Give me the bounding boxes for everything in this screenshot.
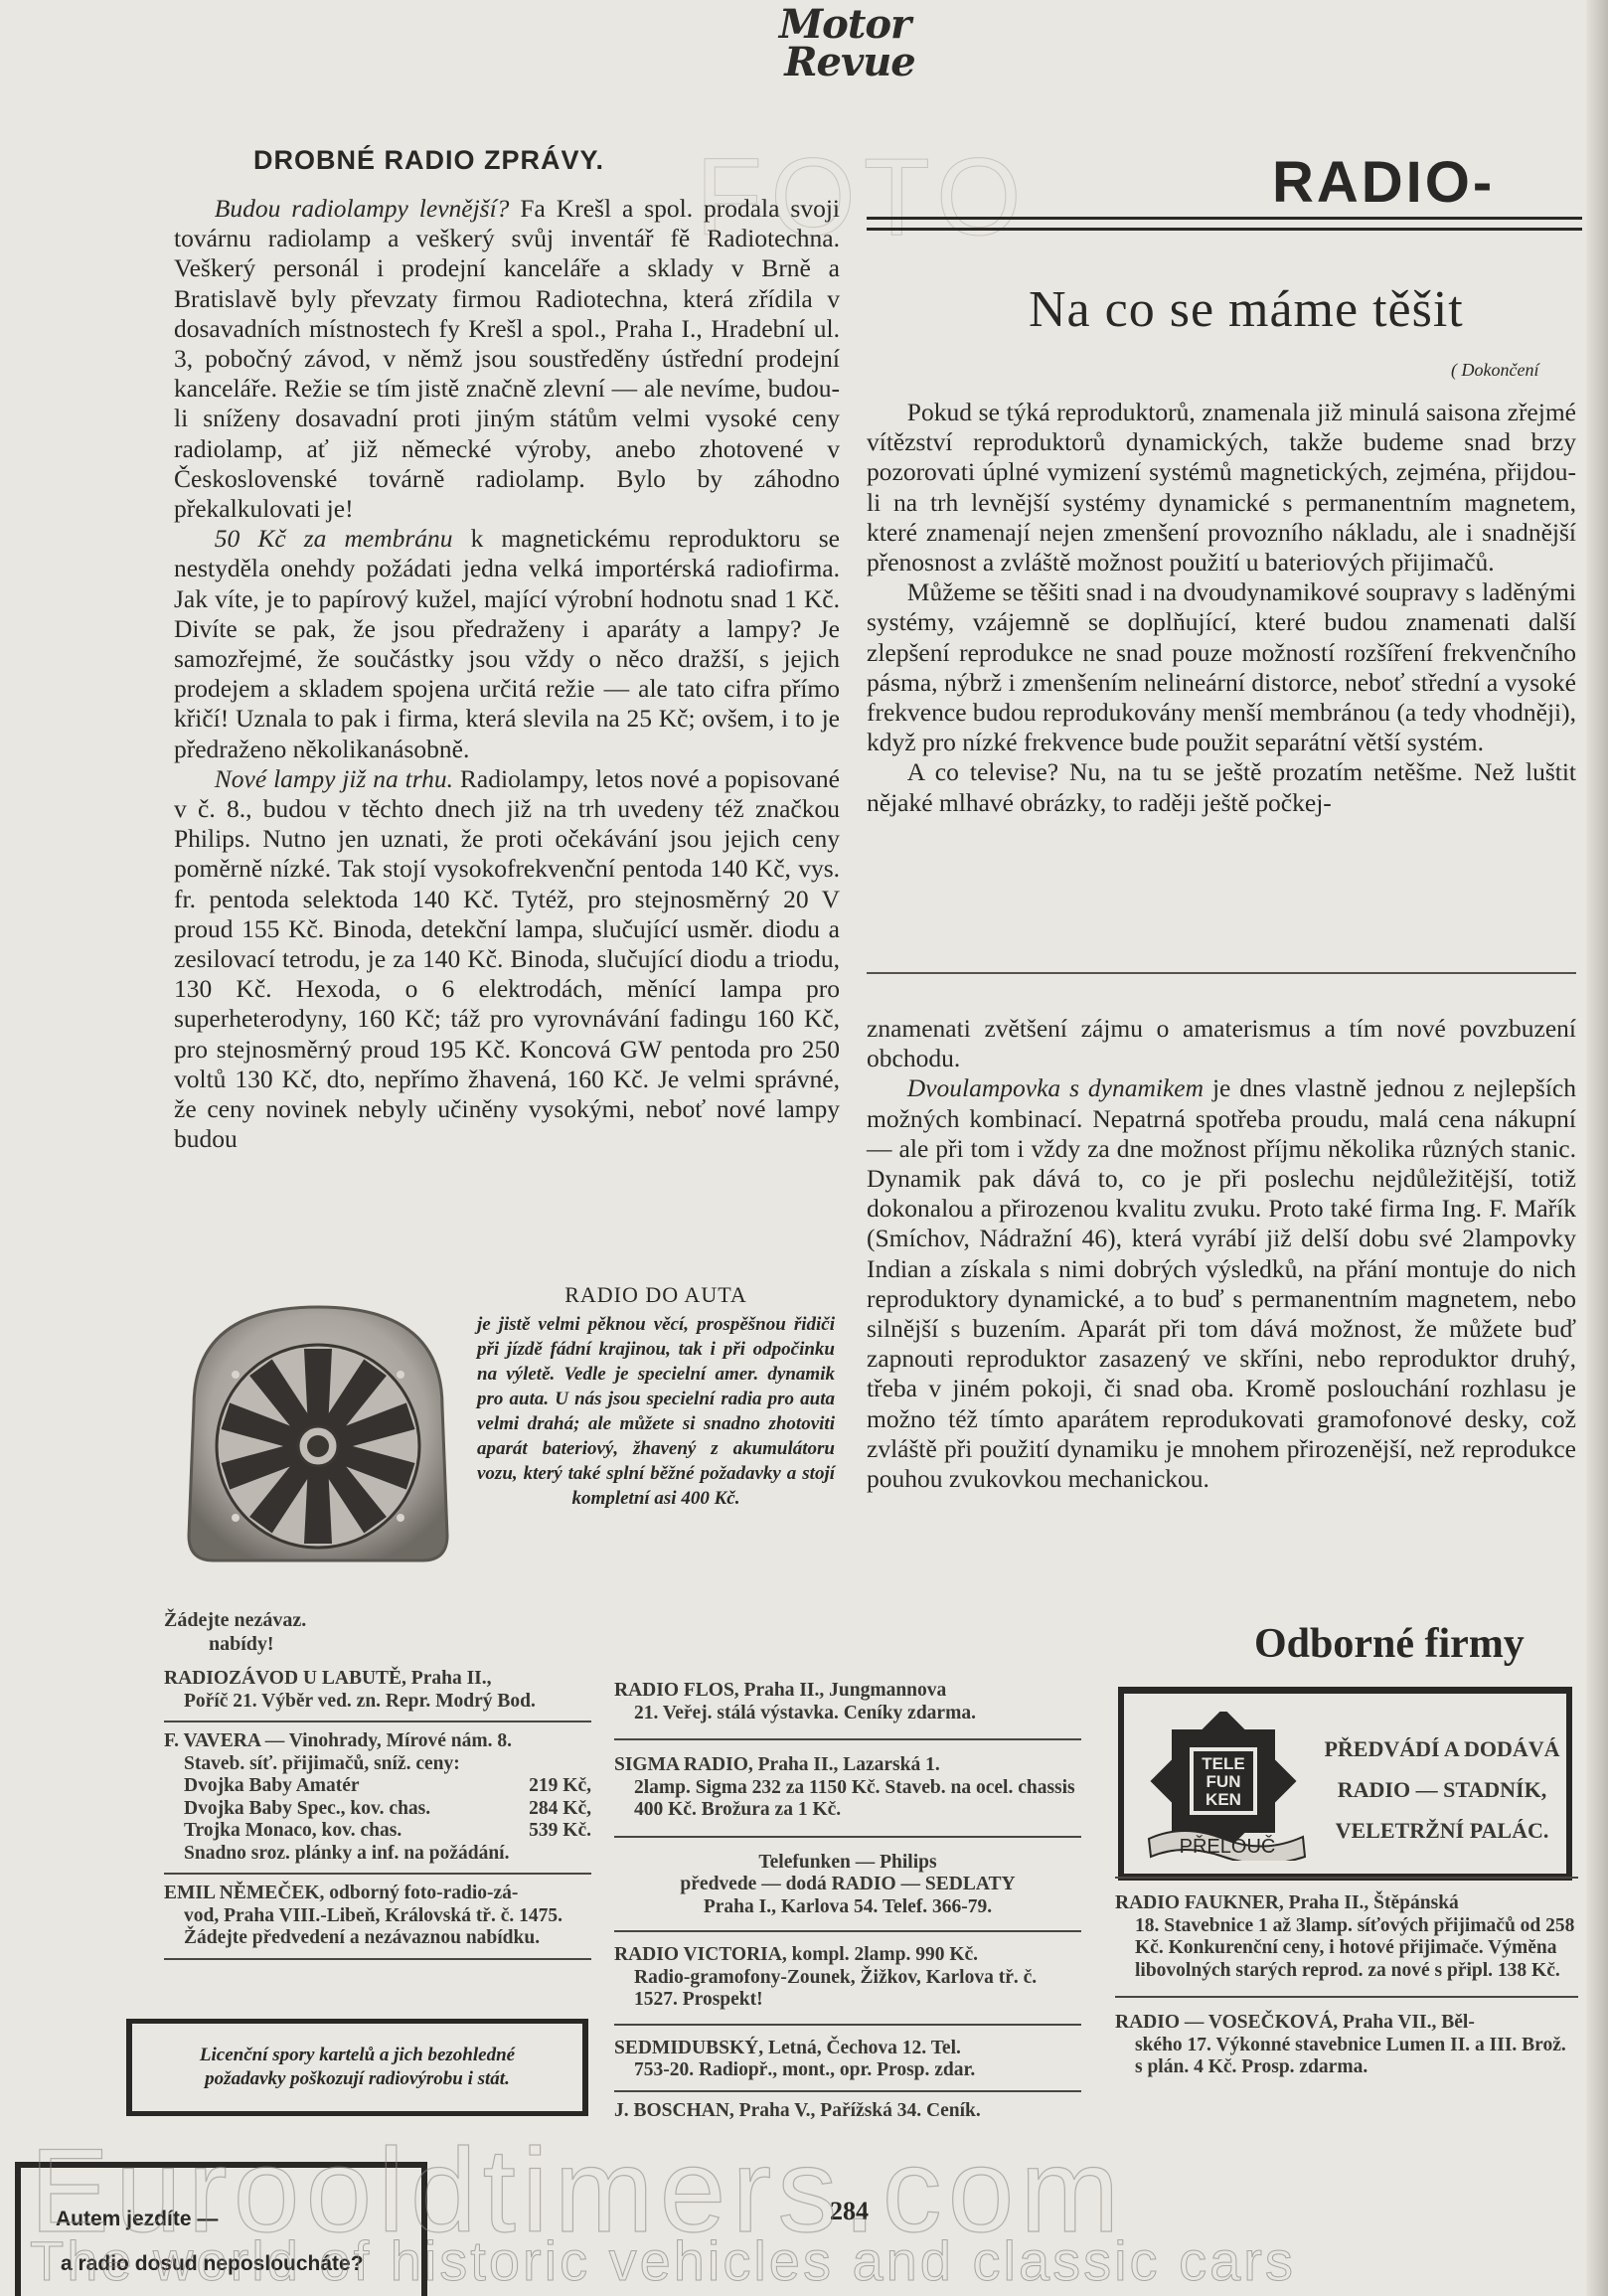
page-binding-edge [1586, 0, 1608, 2296]
car-speaker-photo [174, 1287, 462, 1575]
svg-text:TELE: TELE [1202, 1754, 1244, 1773]
ad-listing: RADIO FLOS, Praha II., Jungmannova 21. V… [614, 1680, 1081, 1724]
svg-text:FUN: FUN [1206, 1772, 1241, 1791]
column-divider [867, 972, 1576, 974]
banner-double-rule [867, 217, 1582, 231]
ads-column-middle: RADIO FLOS, Praha II., Jungmannova 21. V… [614, 1680, 1081, 2122]
ad-divider [614, 1738, 1081, 1740]
ad-listing: RADIO FAUKNER, Praha II., Štěpánská 18. … [1115, 1892, 1578, 1982]
magazine-logo: Motor Revue [755, 6, 934, 82]
paragraph: Dvoulampovka s dynamikem je dnes vlastně… [867, 1073, 1576, 1494]
paragraph-lead: Nové lampy již na trhu. [215, 764, 453, 793]
article-title: Na co se máme těšit [1029, 280, 1464, 339]
ad-divider [614, 2024, 1081, 2026]
caption-title: RADIO DO AUTA [477, 1282, 835, 1308]
ad-listing: F. VAVERA — Vinohrady, Mírové nám. 8. St… [164, 1730, 591, 1865]
telefunken-ad-box: TELE FUN KEN PŘELOUČ PŘEDVÁDÍ A DODÁVÁ R… [1118, 1687, 1572, 1881]
ad-listing-telefunken-philips: Telefunken — Philips předvede — dodá RAD… [614, 1852, 1081, 1919]
right-article-body-bottom: znamenati zvětšení zájmu o amaterismus a… [867, 1014, 1576, 1494]
ad-divider [614, 2090, 1081, 2092]
ad-listing: EMIL NĚMEČEK, odborný foto-radio-zá- vod… [164, 1883, 591, 1950]
speaker-icon [174, 1287, 462, 1575]
telefunken-ad-text: PŘEDVÁDÍ A DODÁVÁ RADIO — STADNÍK, VELET… [1318, 1728, 1566, 1851]
ad-listing: SEDMIDUBSKÝ, Letná, Čechova 12. Tel. 753… [614, 2038, 1081, 2082]
paragraph: Nové lampy již na trhu. Radiolampy, leto… [174, 764, 840, 1155]
left-article-body: Budou radiolampy levnější? Fa Krešl a sp… [174, 194, 840, 1155]
continuation-note: ( Dokončení [1451, 360, 1538, 381]
ad-divider [614, 1836, 1081, 1838]
svg-text:KEN: KEN [1206, 1790, 1241, 1809]
telefunken-logo-icon: TELE FUN KEN PŘELOUČ [1144, 1712, 1313, 1861]
ads-intro: Žádejte nezávaz. nabídy! [164, 1608, 591, 1656]
svg-text:PŘELOUČ: PŘELOUČ [1180, 1835, 1276, 1858]
paragraph: Budou radiolampy levnější? Fa Krešl a sp… [174, 194, 840, 524]
price-row: Dvojka Baby Spec., kov. chas.284 Kč, [164, 1798, 591, 1821]
price-row: Trojka Monaco, kov. chas.539 Kč. [164, 1820, 591, 1843]
watermark-tagline: The world of historic vehicles and class… [30, 2228, 1296, 2293]
ad-divider [164, 1958, 591, 1960]
caption-body: je jistě velmi pěknou věcí, prospěšnou ř… [477, 1312, 835, 1511]
paragraph: 50 Kč za membránu k magnetickému reprodu… [174, 524, 840, 764]
section-heading-radio-news: DROBNÉ RADIO ZPRÁVY. [253, 145, 604, 176]
paragraph-lead: Dvoulampovka s dynamikem [907, 1073, 1204, 1102]
logo-line-revue: Revue [755, 44, 934, 82]
ad-divider [614, 1930, 1081, 1932]
ad-listing: RADIO VICTORIA, kompl. 2lamp. 990 Kč. Ra… [614, 1944, 1081, 2012]
ad-listing: SIGMA RADIO, Praha II., Lazarská 1. 2lam… [614, 1754, 1081, 1822]
paragraph: A co televise? Nu, na tu se ještě prozat… [867, 757, 1576, 817]
ads-column-left: Žádejte nezávaz. nabídy! RADIOZÁVOD U LA… [164, 1608, 591, 1968]
photo-caption: RADIO DO AUTA je jistě velmi pěknou věcí… [477, 1282, 835, 1511]
ad-listing: RADIOZÁVOD U LABUTĚ, Praha II., Poříč 21… [164, 1668, 591, 1713]
notice-box-licensing: Licenční spory kartelů a jich bezohledné… [126, 2019, 588, 2116]
right-article-body-top: Pokud se týká reproduktorů, znamenala ji… [867, 398, 1576, 818]
paragraph: znamenati zvětšení zájmu o amaterismus a… [867, 1014, 1576, 1073]
ad-divider [1115, 1996, 1578, 1998]
specialist-firms-title: Odborné firmy [1254, 1620, 1525, 1668]
price-row: Dvojka Baby Amatér219 Kč, [164, 1775, 591, 1798]
paragraph-lead: 50 Kč za membránu [215, 524, 453, 553]
paragraph-lead: Budou radiolampy levnější? [215, 194, 510, 223]
paragraph: Pokud se týká reproduktorů, znamenala ji… [867, 398, 1576, 577]
paragraph: Můžeme se těšiti snad i na dvoudynamikov… [867, 577, 1576, 757]
ad-listing: J. BOSCHAN, Praha V., Pařížská 34. Ceník… [614, 2100, 1081, 2123]
ad-divider [164, 1721, 591, 1722]
ad-divider [1115, 1877, 1578, 1879]
section-banner-radio: RADIO- [1272, 149, 1495, 216]
ad-listing: RADIO — VOSEČKOVÁ, Praha VII., Běl- skéh… [1115, 2012, 1578, 2079]
ads-column-right: RADIO FAUKNER, Praha II., Štěpánská 18. … [1115, 1869, 1578, 2079]
ad-divider [164, 1873, 591, 1875]
